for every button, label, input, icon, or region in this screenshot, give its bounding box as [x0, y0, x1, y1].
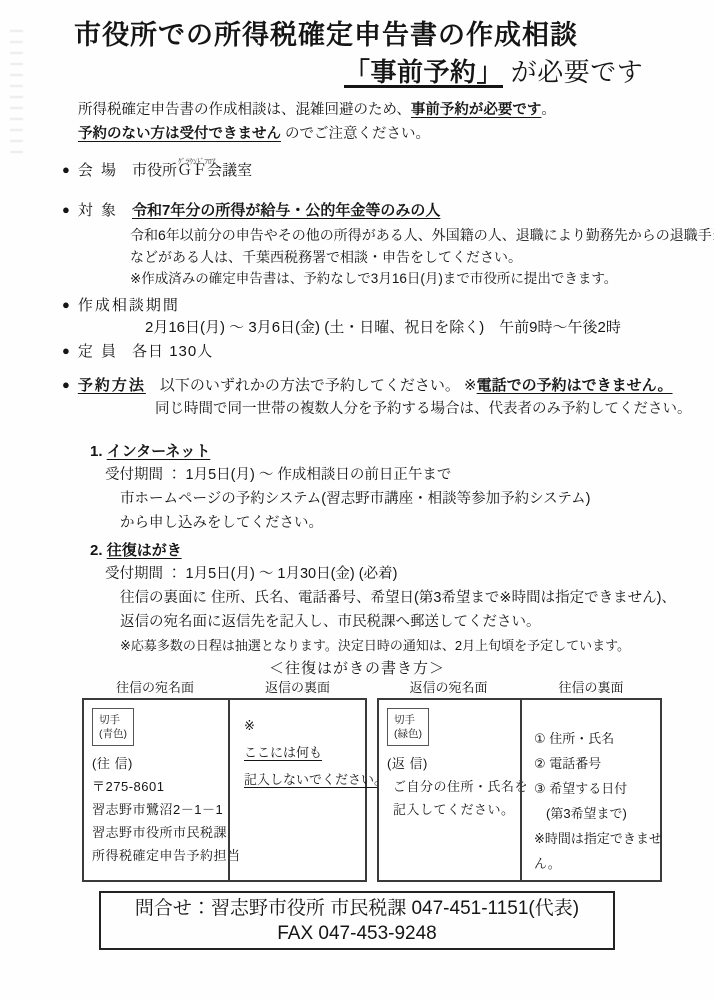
page-subtitle: 「事前予約」 が必要です — [344, 54, 714, 90]
contact-line2: FAX 047-453-9248 — [101, 921, 613, 946]
method2-name: 往復はがき — [107, 542, 182, 559]
intro-line1-strong: 事前予約が必要です — [411, 102, 542, 118]
required-item-sub: (第3希望まで) — [534, 801, 660, 826]
stamp-label: 切手 — [99, 713, 127, 727]
venue-label: 会 場 — [78, 160, 118, 182]
intro-line2-strong: 予約のない方は受付できません — [78, 126, 281, 142]
outbound-address-panel: 切手 (青色) (往 信) 〒275-8601 習志野市鷺沼2－1－1 習志野市… — [84, 700, 228, 880]
venue-value: 市役所ｸﾞﾗｳﾝﾄﾞﾌﾛｱＧＦ会議室 — [132, 160, 252, 182]
method2-line2: 往信の裏面に 住所、氏名、電話番号、希望日(第3希望まで※時間は指定できません)… — [120, 587, 714, 610]
intro-line1: 所得税確定申告書の作成相談は、混雑回避のため、事前予約が必要です。 — [78, 98, 714, 122]
postcard-diagram-title: ＜往復はがきの書き方＞ — [0, 659, 714, 679]
address-line: 〒275-8601 — [92, 775, 228, 798]
reserve-line2: 同じ時間で同一世帯の複数人分を予約する場合は、代表者のみ予約してください。 — [155, 398, 714, 421]
asterisk-mark: ※ — [244, 712, 365, 739]
stamp-color: (緑色) — [394, 727, 422, 741]
postcard-col4-header: 往信の裏面 — [520, 679, 662, 697]
intro-line2-end: のでご注意ください。 — [281, 126, 430, 142]
page-title: 市役所での所得税確定申告書の作成相談 — [74, 16, 714, 54]
target-detail-line: 令和6年以前分の申告やその他の所得がある人、外国籍の人、退職により勤務先からの退… — [130, 224, 714, 246]
address-line: 所得税確定申告予約担当 — [92, 844, 228, 867]
venue-row: ● 会 場 市役所ｸﾞﾗｳﾝﾄﾞﾌﾛｱＧＦ会議室 — [62, 160, 714, 182]
blank-note-line: 記入しないでください。 — [244, 766, 365, 793]
intro-paragraph: 所得税確定申告書の作成相談は、混雑回避のため、事前予約が必要です。 予約のない方… — [78, 98, 714, 146]
method1-heading: 1. インターネット — [90, 441, 714, 463]
stamp-color: (青色) — [99, 727, 127, 741]
subtitle-emphasis: 「事前予約」 — [344, 57, 503, 87]
contact-line1: 問合せ：習志野市役所 市民税課 047-451-1151(代表) — [101, 896, 613, 921]
method1-line1: 受付期間 ： 1月5日(月) ～ 作成相談日の前日正午まで — [105, 464, 714, 487]
target-details: 令和6年以前分の申告やその他の所得がある人、外国籍の人、退職により勤務先からの退… — [130, 224, 714, 289]
bullet-icon: ● — [62, 159, 70, 181]
reserve-line1-mid: 以下のいずれかの方法で予約してください。 ※ — [160, 377, 477, 394]
venue-gf: ｸﾞﾗｳﾝﾄﾞﾌﾛｱＧＦ — [177, 160, 207, 182]
target-headline: 令和7年分の所得が給与・公的年金等のみの人 — [132, 200, 440, 222]
address-line: 習志野市鷺沼2－1－1 — [92, 798, 228, 821]
bullet-icon: ● — [62, 340, 70, 362]
period-value: 2月16日(月) ～ 3月6日(金) (土・日曜、祝日を除く) 午前9時～午後2… — [145, 317, 714, 339]
reserve-line1-strong: 電話での予約はできません。 — [477, 377, 673, 394]
reserve-label: 予約方法 — [78, 375, 146, 397]
reply-back-panel: ※ ここには何も 記入しないでください。 — [228, 700, 365, 880]
method2-line1: 受付期間 ： 1月5日(月) ～ 1月30日(金) (必着) — [105, 563, 714, 586]
capacity-label: 定 員 — [78, 341, 118, 363]
method2-heading: 2. 往復はがき — [90, 540, 714, 562]
intro-line2: 予約のない方は受付できません のでご注意ください。 — [78, 122, 714, 146]
intro-line1-end: 。 — [541, 102, 556, 118]
reserve-line1: 以下のいずれかの方法で予約してください。 ※電話での予約はできません。 — [160, 375, 673, 397]
required-item-note: ※時間は指定できませ — [534, 826, 660, 851]
required-item: ① 住所・氏名 — [534, 726, 660, 751]
postcard-col3-header: 返信の宛名面 — [377, 679, 520, 697]
address-line: (往 信) — [92, 752, 228, 775]
stamp-box-green: 切手 (緑色) — [387, 708, 429, 746]
outbound-back-panel: ① 住所・氏名 ② 電話番号 ③ 希望する日付 (第3希望まで) ※時間は指定で… — [520, 700, 660, 880]
venue-pre: 市役所 — [132, 162, 177, 179]
postcard-diagram: 切手 (青色) (往 信) 〒275-8601 習志野市鷺沼2－1－1 習志野市… — [82, 698, 714, 882]
bullet-icon: ● — [62, 374, 70, 396]
target-row: ● 対 象 令和7年分の所得が給与・公的年金等のみの人 — [62, 200, 714, 222]
scan-artifact — [10, 30, 23, 162]
address-line: 記入してください。 — [387, 798, 520, 821]
document-page: 市役所での所得税確定申告書の作成相談 「事前予約」 が必要です 所得税確定申告書… — [0, 0, 714, 1000]
capacity-row: ● 定 員 各日 130人 — [62, 341, 714, 363]
reply-address-panel: 切手 (緑色) (返 信) ご自分の住所・氏名を 記入してください。 — [379, 700, 520, 880]
bullet-icon: ● — [62, 294, 70, 316]
capacity-value: 各日 130人 — [132, 341, 213, 363]
blank-note-line: ここには何も — [244, 739, 365, 766]
venue-furigana: ｸﾞﾗｳﾝﾄﾞﾌﾛｱ — [178, 151, 216, 173]
address-line: (返 信) — [387, 752, 520, 775]
address-line: 習志野市役所市民税課 — [92, 821, 228, 844]
stamp-box-blue: 切手 (青色) — [92, 708, 134, 746]
period-row: ● 作成相談期間 — [62, 295, 714, 317]
postcard-column-headers: 往信の宛名面 返信の裏面 返信の宛名面 往信の裏面 — [82, 679, 662, 697]
target-label: 対 象 — [78, 200, 118, 222]
bullet-icon: ● — [62, 199, 70, 221]
address-line: ご自分の住所・氏名を — [387, 775, 520, 798]
method1-line2: 市ホームページの予約システム(習志野市講座・相談等参加予約システム) — [120, 488, 714, 511]
postcard-col2-header: 返信の裏面 — [228, 679, 367, 697]
subtitle-rest: が必要です — [503, 57, 643, 87]
stamp-label: 切手 — [394, 713, 422, 727]
reserve-row: ● 予約方法 以下のいずれかの方法で予約してください。 ※電話での予約はできませ… — [62, 375, 714, 397]
method1-line3: から申し込みをしてください。 — [120, 512, 714, 535]
method2-number: 2. — [90, 542, 107, 559]
target-note: ※作成済みの確定申告書は、予約なしで3月16日(月)まで市役所に提出できます。 — [130, 268, 714, 289]
contact-box: 問合せ：習志野市役所 市民税課 047-451-1151(代表) FAX 047… — [99, 891, 615, 950]
header-gap — [367, 679, 377, 697]
required-item: ③ 希望する日付 — [534, 776, 660, 801]
outbound-postcard-box: 切手 (青色) (往 信) 〒275-8601 習志野市鷺沼2－1－1 習志野市… — [82, 698, 367, 882]
method1-name: インターネット — [107, 443, 211, 460]
method2-note: ※応募多数の日程は抽選となります。決定日時の通知は、2月上旬頃を予定しています。 — [120, 635, 714, 656]
target-detail-line: などがある人は、千葉西税務署で相談・申告をしてください。 — [130, 246, 714, 268]
method1-number: 1. — [90, 443, 107, 460]
required-item-note: ん。 — [534, 851, 660, 876]
reply-postcard-box: 切手 (緑色) (返 信) ご自分の住所・氏名を 記入してください。 ① 住所・… — [377, 698, 662, 882]
required-item: ② 電話番号 — [534, 751, 660, 776]
period-label: 作成相談期間 — [78, 295, 180, 317]
intro-line1-pre: 所得税確定申告書の作成相談は、混雑回避のため、 — [78, 102, 411, 118]
postcard-col1-header: 往信の宛名面 — [82, 679, 228, 697]
method2-line3: 返信の宛名面に返信先を記入し、市民税課へ郵送してください。 — [120, 611, 714, 634]
